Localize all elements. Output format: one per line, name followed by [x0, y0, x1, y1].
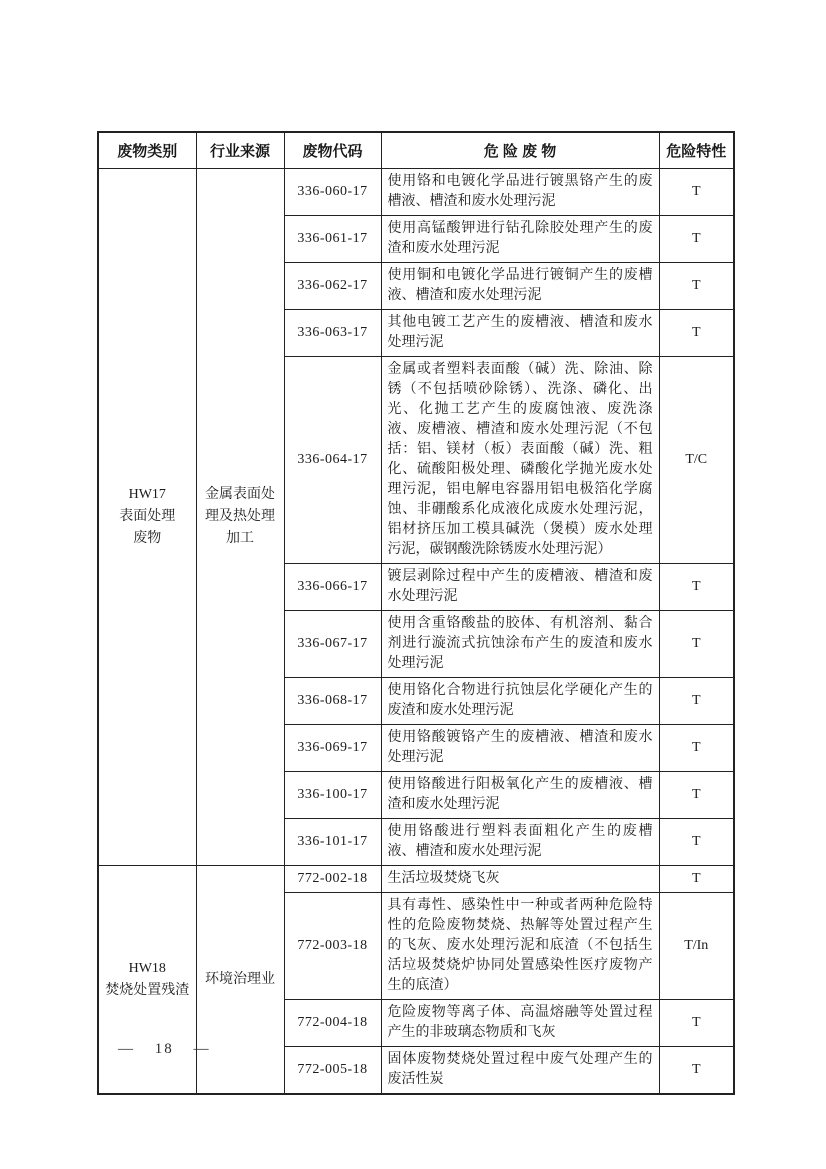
waste-description-cell: 使用铜和电镀化学品进行镀铜产生的废槽液、槽渣和废水处理污泥 [381, 263, 659, 310]
hazard-trait-cell: T [659, 310, 734, 357]
hazard-trait-cell: T [659, 819, 734, 866]
waste-description-cell: 使用铬酸进行阳极氧化产生的废槽液、槽渣和废水处理污泥 [381, 772, 659, 819]
hazard-trait-cell: T [659, 1000, 734, 1047]
waste-description-cell: 镀层剥除过程中产生的废槽液、槽渣和废水处理污泥 [381, 564, 659, 611]
waste-code-cell: 336-063-17 [284, 310, 381, 357]
industry-source-cell-hw18: 环境治理业 [196, 866, 284, 1095]
hazard-trait-cell: T/C [659, 357, 734, 564]
waste-description-cell: 具有毒性、感染性中一种或者两种危险特性的危险废物焚烧、热解等处置过程产生的飞灰、… [381, 893, 659, 1000]
waste-code-cell: 336-100-17 [284, 772, 381, 819]
waste-description-cell: 使用铬酸进行塑料表面粗化产生的废槽液、槽渣和废水处理污泥 [381, 819, 659, 866]
waste-code-cell: 336-101-17 [284, 819, 381, 866]
waste-code-cell: 772-005-18 [284, 1047, 381, 1095]
hazard-trait-cell: T [659, 216, 734, 263]
waste-description-cell: 使用铬化合物进行抗蚀层化学硬化产生的废渣和废水处理污泥 [381, 678, 659, 725]
table-row: HW17 表面处理 废物 金属表面处理及热处理加工 336-060-17 使用铬… [98, 169, 734, 216]
header-waste-category: 废物类别 [98, 132, 196, 169]
waste-code-cell: 336-064-17 [284, 357, 381, 564]
waste-description-cell: 固体废物焚烧处置过程中废气处理产生的废活性炭 [381, 1047, 659, 1095]
waste-category-cell-hw18: HW18 焚烧处置残渣 [98, 866, 196, 1095]
hazard-trait-cell: T [659, 866, 734, 893]
waste-code-cell: 772-003-18 [284, 893, 381, 1000]
header-hazard-trait: 危险特性 [659, 132, 734, 169]
waste-description-cell: 使用铬酸镀铬产生的废槽液、槽渣和废水处理污泥 [381, 725, 659, 772]
waste-code-cell: 336-061-17 [284, 216, 381, 263]
waste-code-cell: 336-060-17 [284, 169, 381, 216]
waste-description-cell: 生活垃圾焚烧飞灰 [381, 866, 659, 893]
waste-code-cell: 336-068-17 [284, 678, 381, 725]
waste-description-cell: 使用含重铬酸盐的胶体、有机溶剂、黏合剂进行漩流式抗蚀涂布产生的废渣和废水处理污泥 [381, 611, 659, 678]
waste-description-cell: 使用铬和电镀化学品进行镀黑铬产生的废槽液、槽渣和废水处理污泥 [381, 169, 659, 216]
header-hazardous-waste: 危 险 废 物 [381, 132, 659, 169]
hazard-trait-cell: T [659, 678, 734, 725]
table-header-row: 废物类别 行业来源 废物代码 危 险 废 物 危险特性 [98, 132, 734, 169]
waste-description-cell: 金属或者塑料表面酸（碱）洗、除油、除锈（不包括喷砂除锈）、洗涤、磷化、出光、化抛… [381, 357, 659, 564]
document-page: 废物类别 行业来源 废物代码 危 险 废 物 危险特性 HW17 表面处理 废物… [0, 0, 826, 1169]
hazard-trait-cell: T [659, 564, 734, 611]
waste-code-cell: 336-066-17 [284, 564, 381, 611]
waste-category-cell-hw17: HW17 表面处理 废物 [98, 169, 196, 866]
waste-description-cell: 其他电镀工艺产生的废槽液、槽渣和废水处理污泥 [381, 310, 659, 357]
hazard-trait-cell: T/In [659, 893, 734, 1000]
hazardous-waste-table: 废物类别 行业来源 废物代码 危 险 废 物 危险特性 HW17 表面处理 废物… [97, 131, 735, 1095]
table-row: HW18 焚烧处置残渣 环境治理业 772-002-18 生活垃圾焚烧飞灰 T [98, 866, 734, 893]
header-industry-source: 行业来源 [196, 132, 284, 169]
hazard-trait-cell: T [659, 263, 734, 310]
hazard-trait-cell: T [659, 725, 734, 772]
waste-code-cell: 336-062-17 [284, 263, 381, 310]
header-waste-code: 废物代码 [284, 132, 381, 169]
waste-description-cell: 危险废物等离子体、高温熔融等处置过程产生的非玻璃态物质和飞灰 [381, 1000, 659, 1047]
hazard-trait-cell: T [659, 611, 734, 678]
waste-code-cell: 772-002-18 [284, 866, 381, 893]
waste-description-cell: 使用高锰酸钾进行钻孔除胶处理产生的废渣和废水处理污泥 [381, 216, 659, 263]
hazard-trait-cell: T [659, 772, 734, 819]
waste-code-cell: 336-069-17 [284, 725, 381, 772]
waste-code-cell: 336-067-17 [284, 611, 381, 678]
hazard-trait-cell: T [659, 169, 734, 216]
waste-code-cell: 772-004-18 [284, 1000, 381, 1047]
industry-source-cell-hw17: 金属表面处理及热处理加工 [196, 169, 284, 866]
page-number: — 18 — [118, 1041, 211, 1058]
hazard-trait-cell: T [659, 1047, 734, 1095]
